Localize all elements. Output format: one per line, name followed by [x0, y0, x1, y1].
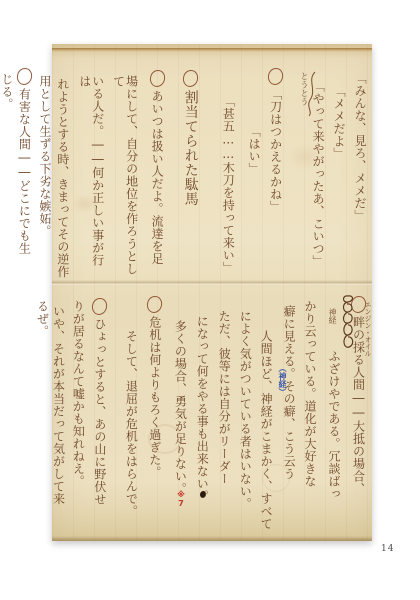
- ink-circle-mark: [16, 67, 33, 86]
- manuscript-column: そして、退屈が危机をはらんで。: [124, 330, 137, 537]
- manuscript-column: 人間ほど、神経がこまかく、すべて: [259, 330, 272, 537]
- column-text: 危机は何よりもろく過ぎた。: [148, 316, 162, 479]
- notebook-top-edge: [52, 48, 372, 52]
- manuscript-column: ただ、彼等には自分がリーダー: [217, 310, 230, 537]
- manuscript-column: 割当てられた駄馬: [183, 70, 199, 278]
- manuscript-column: じる。: [0, 73, 13, 278]
- page-number: 14: [381, 544, 394, 554]
- manuscript-column: りが居るなんて嘘かも知れねえ。: [71, 300, 84, 537]
- column-text: 場にして、自分の地位を作ろうとして: [112, 75, 139, 275]
- manuscript-column: 癖に見える。その癖、こう云う: [282, 305, 295, 537]
- column-text: ふざけやである。冗談ばっ: [327, 350, 341, 500]
- correction-word-note: 神経: [328, 308, 336, 324]
- manuscript-column: るぜ。: [36, 300, 49, 537]
- red-reference-mark: ※ 7: [175, 491, 187, 509]
- column-text: ただ、彼等には自分がリーダー: [217, 310, 231, 485]
- scanned-document-page: 「みんな、見ろ、メメだ」「メメだよ」「やって来やがったあ、こいつ」「刀はつかえる…: [0, 0, 420, 600]
- manuscript-column: 危机は何よりもろく過ぎた。: [147, 296, 162, 537]
- column-text: あいつは扱い人だよ。流達を足: [150, 90, 164, 265]
- manuscript-column: 「みんな、見ろ、メメだ」: [353, 72, 366, 278]
- manuscript-column: 「はい」: [247, 125, 260, 278]
- manuscript-column: かり云っている。道化が大好きな: [303, 300, 316, 537]
- manuscript-column: 用として生ずる下劣な嫉妬。: [38, 75, 51, 278]
- manuscript-column: になって何をやる事も出来ない。: [195, 315, 208, 537]
- column-text: 多くの場合、勇気が足りない。: [173, 320, 187, 495]
- column-text: 「甚五……木刀を持って来い」: [221, 95, 235, 274]
- column-text: るぜ。: [36, 300, 50, 338]
- manuscript-column: ひょっとすると、あの山に野伏せ: [92, 298, 107, 537]
- bottom-page-text: 畔の採る人間――大抵の場合、ふざけやである。冗談ばっかり云っている。道化が大好き…: [56, 296, 366, 537]
- page-fold-crease: [52, 280, 372, 286]
- manuscript-column: 有害な人間――どこにでも生: [17, 68, 32, 278]
- ink-circle-mark: [267, 67, 284, 86]
- manuscript-column: れようとする時、きまってその逆作: [56, 78, 69, 278]
- ink-circle-mark: [91, 297, 108, 316]
- column-text: になって何をやる事も出来ない。: [195, 315, 209, 503]
- manuscript-column: あいつは扱い人だよ。流達を足: [150, 70, 165, 278]
- manuscript-column: 場にして、自分の地位を作ろうとして: [112, 75, 138, 278]
- top-page-text: 「みんな、見ろ、メメだ」「メメだよ」「やって来やがったあ、こいつ」「刀はつかえる…: [56, 66, 366, 278]
- blue-editorial-note: （神経）: [278, 364, 286, 396]
- manuscript-column: ふざけやである。冗談ばっ: [327, 350, 340, 537]
- column-text: りが居るなんて嘘かも知れねえ。: [71, 300, 85, 488]
- manuscript-column: によく気がついている者はいない。: [238, 310, 251, 537]
- column-text: いや、それが本当だって気がして来: [51, 305, 65, 505]
- red-number: 7: [175, 500, 187, 509]
- column-text: 有害な人間――どこにでも生: [17, 88, 31, 255]
- ink-circle-mark: [146, 295, 163, 314]
- sheet-bottom-edge: [52, 536, 372, 541]
- column-text: 「刀はつかえるかね」: [269, 88, 283, 213]
- manuscript-sheet: 「みんな、見ろ、メメだ」「メメだよ」「やって来やがったあ、こいつ」「刀はつかえる…: [52, 44, 372, 541]
- ink-circle-mark: [149, 69, 166, 88]
- column-text: れようとする時、きまってその逆作: [56, 78, 70, 278]
- manuscript-column: いや、それが本当だって気がして来: [52, 305, 65, 537]
- ink-blot: [200, 491, 206, 498]
- manuscript-column: 「甚五……木刀を持って来い」: [221, 95, 234, 278]
- column-text: いる人だ。――何か正しい事が行は: [78, 75, 105, 267]
- manuscript-column: いる人だ。――何か正しい事が行は: [78, 75, 104, 278]
- manuscript-column: 「刀はつかえるかね」: [268, 68, 283, 278]
- scribbled-out-word: [340, 293, 356, 355]
- column-text: ひょっとすると、あの山に野伏せ: [93, 318, 107, 506]
- column-text: かり云っている。道化が大好きな: [303, 300, 317, 488]
- manuscript-column: 「メメだよ」: [332, 85, 345, 278]
- column-text: 割当てられた駄馬: [183, 90, 199, 206]
- margin-note-katakana: エンジン・オイル: [364, 301, 371, 357]
- column-text: 「メメだよ」: [332, 85, 346, 160]
- column-text: によく気がついている者はいない。: [238, 310, 252, 510]
- insertion-caret-line: [306, 70, 318, 118]
- ink-circle-mark: [182, 69, 199, 88]
- column-text: 用として生ずる下劣な嫉妬。: [38, 75, 52, 238]
- column-text: 「みんな、見ろ、メメだ」: [353, 72, 367, 222]
- column-text: 「はい」: [247, 125, 261, 175]
- column-text: 人間ほど、神経がこまかく、すべて: [259, 330, 273, 530]
- column-text: じる。: [0, 73, 14, 111]
- column-text: そして、退屈が危机をはらんで。: [124, 330, 138, 518]
